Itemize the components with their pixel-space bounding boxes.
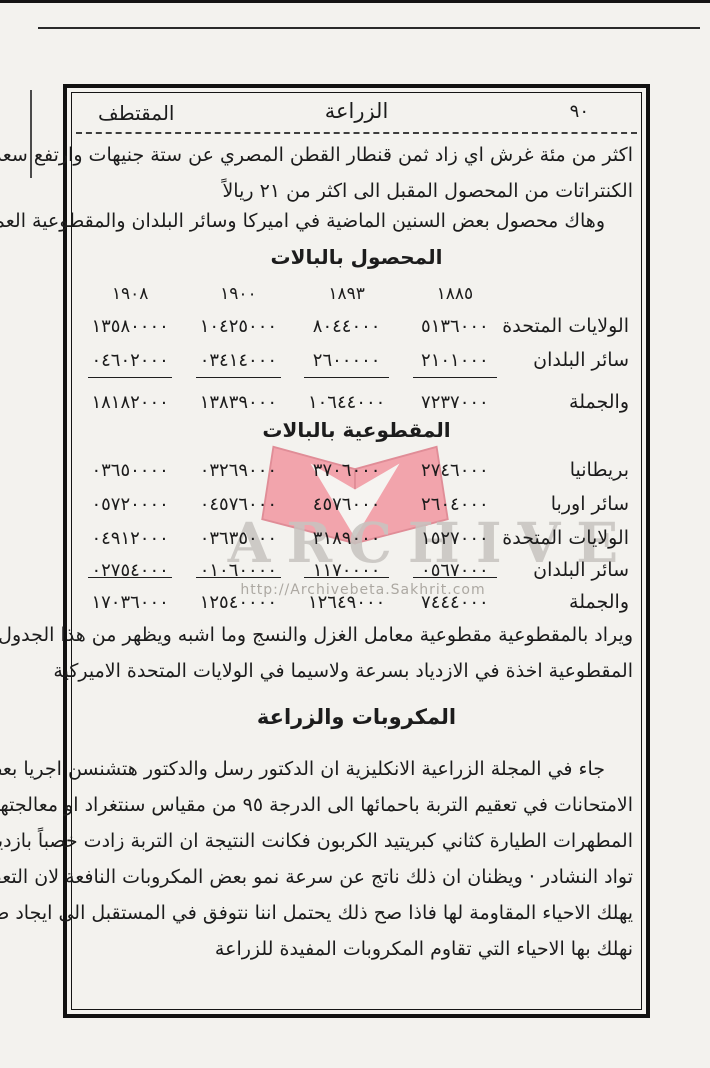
cell-value: ٠٣٦٥٠٠٠٠: [76, 460, 184, 481]
cell-value: ٠٤٩١٢٠٠٠: [76, 528, 184, 549]
page-frame-inner: ARCHIVE http://Archivebeta.Sakhrit.com ٩…: [71, 92, 642, 1010]
table-row: الولايات المتحدة ٥١٣٦٠٠٠ ٨٠٤٤٠٠٠ ١٠٤٢٥٠٠…: [76, 309, 637, 343]
cell-value: ١٧٠٣٦٠٠٠: [76, 592, 184, 613]
cell-value: ٢٦٠٠٠٠٠: [293, 350, 401, 371]
empty-cell: [509, 577, 637, 585]
cell-value: ٠٣٢٦٩٠٠٠: [184, 460, 292, 481]
harvest-table-years-row: ١٨٨٥ ١٨٩٣ ١٩٠٠ ١٩٠٨: [76, 279, 637, 309]
scan-edge-line-top: [0, 0, 710, 3]
text-line: وهاك محصول بعض السنين الماضية في اميركا …: [80, 203, 633, 239]
total-row: والجملة ٧٤٤٤٠٠٠ ١٢٦٤٩٠٠٠ ١٢٥٤٠٠٠٠ ١٧٠٣٦٠…: [76, 585, 637, 619]
total-rule: [196, 577, 280, 585]
cell-value: ٠٣٤١٤٠٠٠: [184, 350, 292, 371]
text-line: المقطوعية اخذة في الازدياد بسرعة ولاسيما…: [80, 653, 633, 689]
cell-value: ٣١٨٩٠٠٠: [293, 528, 401, 549]
total-rule: [304, 377, 388, 385]
row-label: والجملة: [509, 391, 637, 413]
year-header: ١٩٠٠: [184, 284, 292, 304]
table-row: الولايات المتحدة ١٥٢٧٠٠٠ ٣١٨٩٠٠٠ ٠٣٦٣٥٠٠…: [76, 521, 637, 555]
text-line: اكثر من مئة غرش اي زاد ثمن قنطار القطن ا…: [80, 137, 633, 173]
cell-value: ١٣٥٨٠٠٠٠: [76, 316, 184, 337]
consumption-table-title: المقطوعية بالبالات: [72, 418, 641, 442]
cell-value: ٠٤٦٠٢٠٠٠: [76, 350, 184, 371]
cell-value: ٢٦٠٤٠٠٠: [401, 494, 509, 515]
total-rule: [413, 577, 497, 585]
intro-paragraph: اكثر من مئة غرش اي زاد ثمن قنطار القطن ا…: [80, 137, 633, 209]
microbes-section-heading: المكروبات والزراعة: [72, 705, 641, 729]
tables-comment-paragraph: ويراد بالمقطوعية مقطوعية معامل الغزل وال…: [80, 617, 633, 689]
text-line: تواد النشادر · ويظنان ان ذلك ناتج عن سرع…: [80, 859, 633, 895]
text-line: نهلك بها الاحياء التي تقاوم المكروبات ال…: [80, 931, 633, 967]
total-rule: [304, 577, 388, 585]
text-line: يهلك الاحياء المقاومة لها فاذا صح ذلك يح…: [80, 895, 633, 931]
cell-value: ٥١٣٦٠٠٠: [401, 316, 509, 337]
cell-value: ٢١٠١٠٠٠: [401, 350, 509, 371]
total-rule-row: [76, 577, 637, 585]
total-rule: [196, 377, 280, 385]
total-rule: [88, 577, 172, 585]
total-rule-row: [76, 377, 637, 385]
cell-value: ١٢٥٤٠٠٠٠: [184, 592, 292, 613]
table-row: سائر البلدان ٢١٠١٠٠٠ ٢٦٠٠٠٠٠ ٠٣٤١٤٠٠٠ ٠٤…: [76, 343, 637, 377]
cell-value: ١٥٢٧٠٠٠: [401, 528, 509, 549]
row-label: سائر البلدان: [509, 349, 637, 371]
cell-value: ٠٣٦٣٥٠٠٠: [184, 528, 292, 549]
cell-value: ١٠٦٤٤٠٠٠: [293, 392, 401, 413]
journal-title: المقتطف: [98, 101, 174, 125]
header-rule: [76, 132, 637, 134]
text-line: الامتحانات في تعقيم التربة باحمائها الى …: [80, 787, 633, 823]
scan-edge-line-secondary: [38, 27, 700, 29]
cell-value: ١٠٤٢٥٠٠٠: [184, 316, 292, 337]
cell-value: ١٢٦٤٩٠٠٠: [293, 592, 401, 613]
cell-value: ٧٢٣٧٠٠٠: [401, 392, 509, 413]
cell-value: ١٣٨٣٩٠٠٠: [184, 392, 292, 413]
total-row: والجملة ٧٢٣٧٠٠٠ ١٠٦٤٤٠٠٠ ١٣٨٣٩٠٠٠ ١٨١٨٢٠…: [76, 385, 637, 419]
text-line: المطهرات الطيارة كثاني كبريتيد الكربون ف…: [80, 823, 633, 859]
cell-value: ١٨١٨٢٠٠٠: [76, 392, 184, 413]
harvest-table-title: المحصول بالبالات: [72, 245, 641, 269]
text-line: جاء في المجلة الزراعية الانكليزية ان الد…: [80, 751, 633, 787]
page-frame: ARCHIVE http://Archivebeta.Sakhrit.com ٩…: [63, 84, 650, 1018]
row-label: بريطانيا: [509, 459, 637, 481]
row-label: سائر اوربا: [509, 493, 637, 515]
cell-value: ٠٤٥٧٦٠٠٠: [184, 494, 292, 515]
year-header: ١٨٨٥: [401, 284, 509, 304]
cell-value: ٢٧٤٦٠٠٠: [401, 460, 509, 481]
cell-value: ٣٧٠٦٠٠٠: [293, 460, 401, 481]
total-rule: [413, 377, 497, 385]
microbes-paragraph: جاء في المجلة الزراعية الانكليزية ان الد…: [80, 751, 633, 967]
cell-value: ٤٥٧٦٠٠٠: [293, 494, 401, 515]
cell-value: ٠٥٧٢٠٠٠٠: [76, 494, 184, 515]
cell-value: ٨٠٤٤٠٠٠: [293, 316, 401, 337]
harvest-note-paragraph: وهاك محصول بعض السنين الماضية في اميركا …: [80, 203, 633, 239]
total-rule: [88, 377, 172, 385]
table-row: سائر اوربا ٢٦٠٤٠٠٠ ٤٥٧٦٠٠٠ ٠٤٥٧٦٠٠٠ ٠٥٧٢…: [76, 487, 637, 521]
row-label: الولايات المتحدة: [509, 315, 637, 337]
year-header: ١٨٩٣: [293, 284, 401, 304]
text-line: ويراد بالمقطوعية مقطوعية معامل الغزل وال…: [80, 617, 633, 653]
row-label: والجملة: [509, 591, 637, 613]
cell-value: ٧٤٤٤٠٠٠: [401, 592, 509, 613]
row-label: الولايات المتحدة: [509, 527, 637, 549]
table-row: بريطانيا ٢٧٤٦٠٠٠ ٣٧٠٦٠٠٠ ٠٣٢٦٩٠٠٠ ٠٣٦٥٠٠…: [76, 453, 637, 487]
year-header: ١٩٠٨: [76, 284, 184, 304]
empty-cell: [509, 377, 637, 385]
